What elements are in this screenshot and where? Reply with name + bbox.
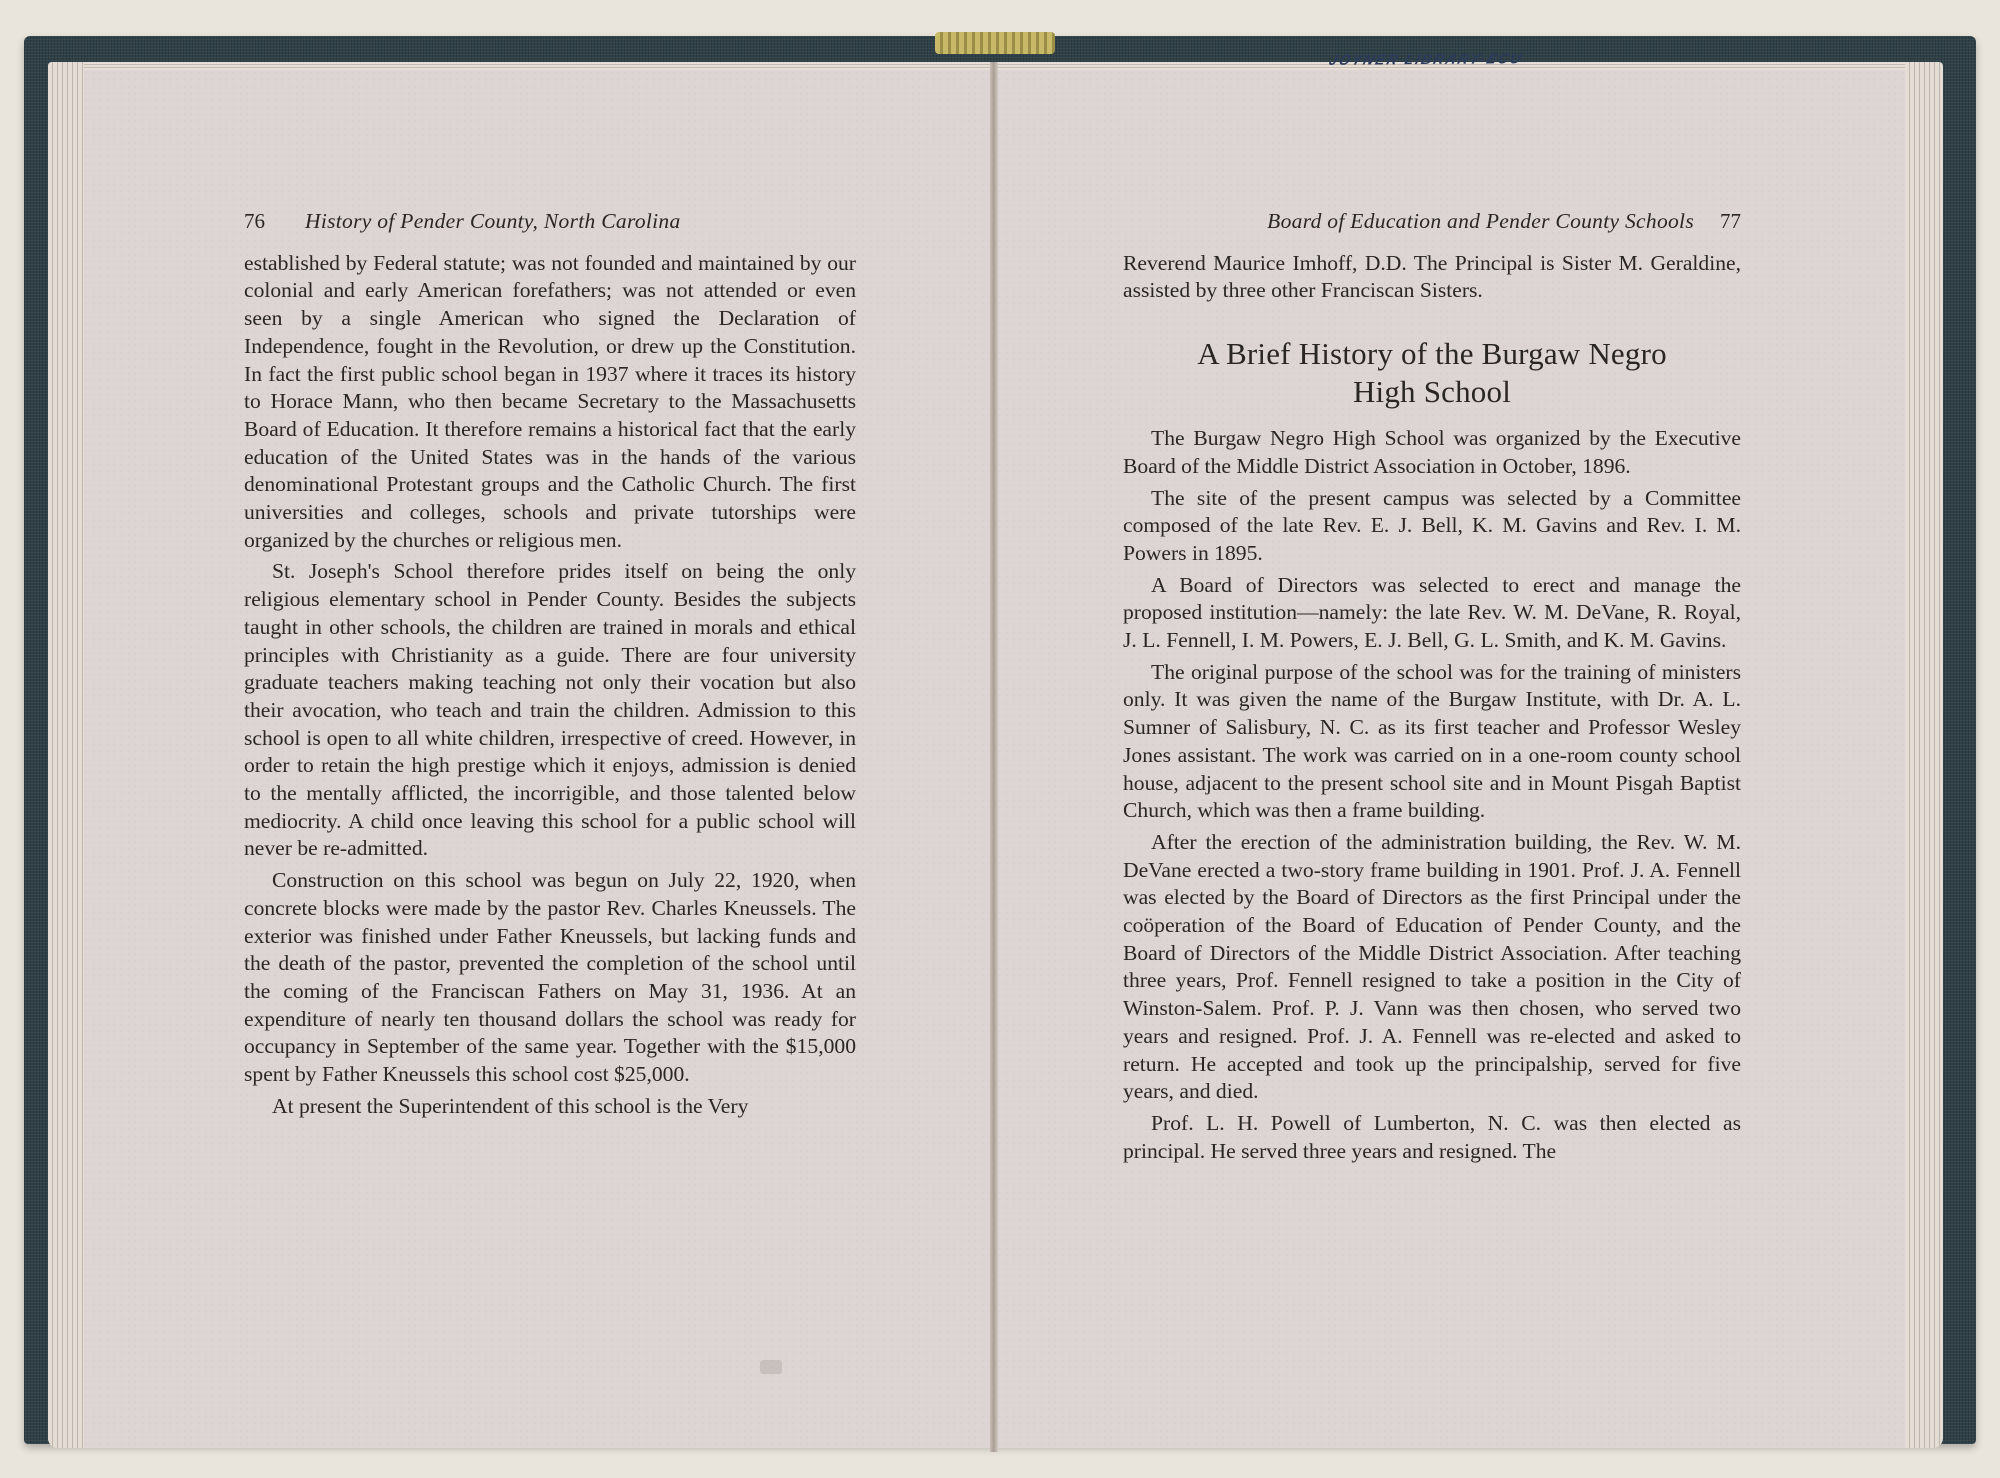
page-number: 77: [1720, 208, 1741, 236]
paragraph: St. Joseph's School therefore prides its…: [244, 558, 856, 863]
library-stamp: JOYNER LIBRARY-ECU: [1327, 50, 1525, 68]
running-head-title: History of Pender County, North Carolina: [265, 208, 856, 236]
section-title-line: High School: [1123, 373, 1741, 411]
running-head-title: Board of Education and Pender County Sch…: [1123, 208, 1720, 236]
left-running-head: 76 History of Pender County, North Carol…: [244, 208, 856, 236]
section-title-line: A Brief History of the Burgaw Negro: [1123, 335, 1741, 373]
right-running-head: Board of Education and Pender County Sch…: [1123, 208, 1741, 236]
paragraph: A Board of Directors was selected to ere…: [1123, 572, 1741, 655]
book-gutter: [990, 62, 998, 1452]
right-page-text: Board of Education and Pender County Sch…: [1123, 208, 1741, 1165]
right-page-edges: [1905, 62, 1943, 1448]
paragraph: The original purpose of the school was f…: [1123, 659, 1741, 825]
left-page-edges: [48, 62, 84, 1448]
paragraph: Prof. L. H. Powell of Lumberton, N. C. w…: [1123, 1110, 1741, 1165]
paragraph: The Burgaw Negro High School was organiz…: [1123, 425, 1741, 480]
page-smudge: [760, 1360, 782, 1374]
paragraph: The site of the present campus was selec…: [1123, 485, 1741, 568]
paragraph: established by Federal statute; was not …: [244, 250, 856, 555]
paragraph: At present the Superintendent of this sc…: [244, 1093, 856, 1121]
paragraph: After the erection of the administration…: [1123, 829, 1741, 1106]
left-page-text: 76 History of Pender County, North Carol…: [244, 208, 856, 1121]
paragraph: Reverend Maurice Imhoff, D.D. The Princi…: [1123, 250, 1741, 305]
page-number: 76: [244, 208, 265, 236]
paragraph: Construction on this school was begun on…: [244, 867, 856, 1089]
spine-headband: [935, 32, 1055, 54]
section-title: A Brief History of the Burgaw Negro High…: [1123, 335, 1741, 411]
